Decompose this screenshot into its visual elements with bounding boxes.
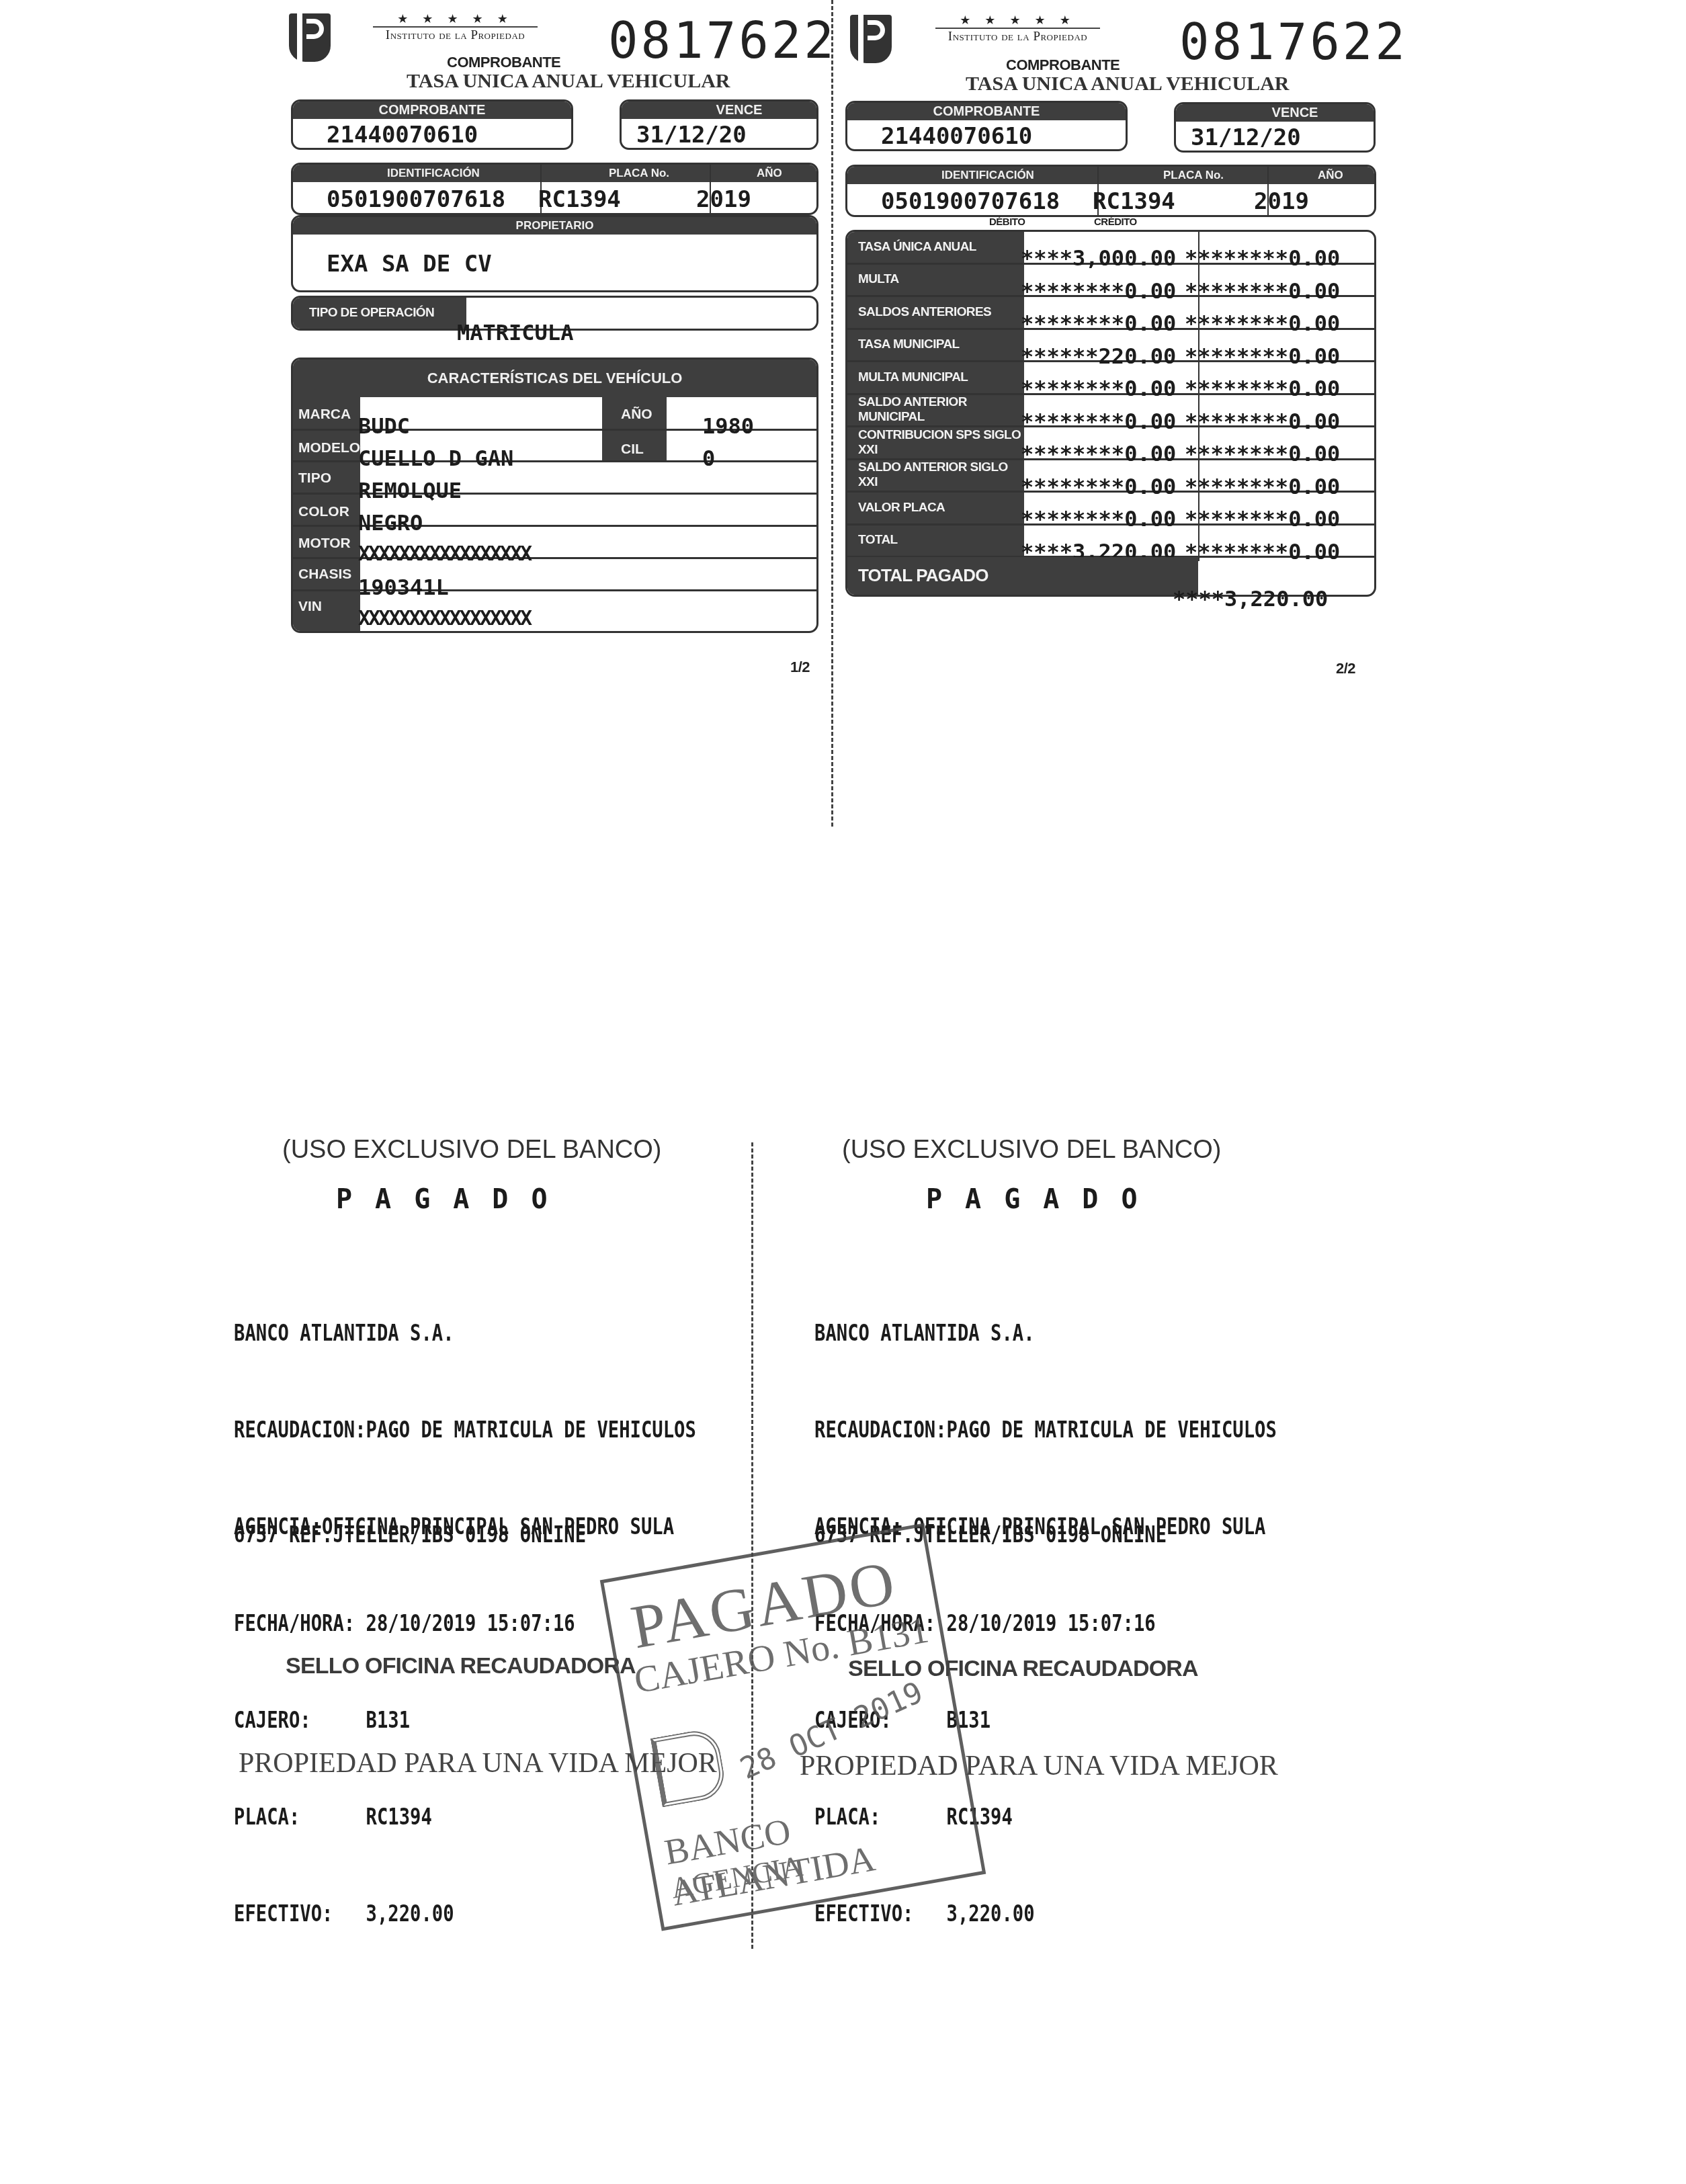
vehicle-label-marca: MARCA (298, 407, 351, 423)
operation-label: TIPO DE OPERACIÓN (293, 298, 466, 329)
comprobante-label: COMPROBANTE (847, 103, 1126, 120)
owner-box: PROPIETARIO EXA SA DE CV (291, 215, 818, 292)
fee-label: TASA MUNICIPAL (847, 330, 1024, 361)
seal-label: SELLO OFICINA RECAUDADORA (286, 1653, 636, 1679)
identification-box: IDENTIFICACIÓN PLACA No. AÑO 05019007076… (291, 163, 818, 215)
ip-logo-icon (850, 15, 892, 63)
bank-line: RECAUDACION:PAGO DE MATRICULA DE VEHICUL… (814, 1414, 1277, 1446)
stars-icon: ★ ★ ★ ★ ★ (373, 12, 538, 26)
fee-label: TOTAL (847, 526, 1024, 556)
cut-line-top (831, 0, 833, 827)
identificacion-value: 0501900707618 (881, 188, 1060, 215)
identification-header: IDENTIFICACIÓN PLACA No. AÑO (847, 167, 1374, 184)
debito-header: DÉBITO (989, 216, 1025, 228)
identification-header: IDENTIFICACIÓN PLACA No. AÑO (293, 165, 816, 182)
fee-credit: ********0.00 (1185, 539, 1340, 564)
vehicle-label-vin: VIN (298, 599, 322, 615)
stamp-date: 28 OCT 2019 (735, 1675, 928, 1786)
fee-row: SALDO ANTERIOR MUNICIPAL********0.00****… (847, 395, 1374, 428)
vehicle-label-chasis: CHASIS (298, 566, 351, 583)
institution-header: ★ ★ ★ ★ ★ Instituto de la Propiedad (935, 13, 1100, 44)
vehicle-label-color: COLOR (298, 504, 349, 520)
fee-label: SALDO ANTERIOR MUNICIPAL (847, 395, 1024, 426)
identificacion-label: IDENTIFICACIÓN (941, 169, 1034, 182)
owner-value: EXA SA DE CV (327, 251, 492, 278)
owner-label: PROPIETARIO (293, 217, 816, 235)
comprobante-value: 21440070610 (881, 123, 1032, 150)
vehicle-value-color: NEGRO (358, 510, 423, 536)
fee-row: SALDO ANTERIOR SIGLO XXI********0.00****… (847, 460, 1374, 493)
vehicle-title: CARACTERÍSTICAS DEL VEHÍCULO (293, 360, 816, 397)
fee-label: MULTA (847, 265, 1024, 296)
anio-value: 2019 (696, 186, 751, 213)
bank-line: PLACA: RC1394 (234, 1801, 696, 1833)
doc-title: TASA UNICA ANUAL VEHICULAR (966, 73, 1290, 95)
comprobante-value: 21440070610 (327, 122, 478, 149)
fee-row: TASA MUNICIPAL******220.00********0.00 (847, 330, 1374, 363)
fee-label: VALOR PLACA (847, 493, 1024, 523)
fee-row: VALOR PLACA********0.00********0.00 (847, 493, 1374, 526)
bank-header: (USO EXCLUSIVO DEL BANCO) (282, 1136, 662, 1165)
page-indicator: 2/2 (1336, 660, 1355, 677)
vence-value: 31/12/20 (636, 122, 747, 149)
vehicle-value-cil: 0 (702, 446, 715, 471)
doc-title: TASA UNICA ANUAL VEHICULAR (407, 70, 730, 93)
bank-status: PAGADO (336, 1184, 571, 1215)
bank-header: (USO EXCLUSIVO DEL BANCO) (842, 1136, 1222, 1165)
comprobante-label: COMPROBANTE (293, 101, 571, 119)
bank-reference: 6737 REF.JTELLER/IBS 0198 ONLINE (234, 1519, 586, 1551)
vehicle-label-anio: AÑO (621, 407, 652, 423)
doc-type: COMPROBANTE (1006, 56, 1120, 74)
vence-value: 31/12/20 (1191, 124, 1301, 151)
bank-line: BANCO ATLANTIDA S.A. (814, 1317, 1277, 1349)
vence-box: VENCE 31/12/20 (620, 99, 818, 150)
fee-row: TASA ÚNICA ANUAL****3,000.00********0.00 (847, 232, 1374, 265)
placa-label: PLACA No. (609, 167, 669, 180)
anio-value: 2019 (1254, 188, 1309, 215)
institution-name: Instituto de la Propiedad (373, 26, 538, 43)
vehicle-value-motor: XXXXXXXXXXXXXXXXX (358, 542, 530, 566)
vehicle-value-vin: XXXXXXXXXXXXXXXXX (358, 607, 530, 630)
placa-value: RC1394 (1093, 188, 1175, 215)
anio-label: AÑO (757, 167, 782, 180)
identificacion-label: IDENTIFICACIÓN (387, 167, 480, 180)
institution-name: Instituto de la Propiedad (935, 28, 1100, 44)
stars-icon: ★ ★ ★ ★ ★ (935, 13, 1100, 28)
page-indicator: 1/2 (790, 659, 810, 676)
placa-label: PLACA No. (1163, 169, 1224, 182)
fee-row: SALDOS ANTERIORES********0.00********0.0… (847, 297, 1374, 330)
total-pagado-label: TOTAL PAGADO (858, 565, 988, 586)
operation-value: MATRICULA (457, 320, 573, 345)
comprobante-box: COMPROBANTE 21440070610 (291, 99, 573, 150)
fee-label: TASA ÚNICA ANUAL (847, 232, 1024, 263)
vehicle-value-chasis: 190341L (358, 575, 449, 600)
vehicle-value-tipo: REMOLQUE (358, 478, 462, 503)
fee-row: CONTRIBUCION SPS SIGLO XXI********0.00**… (847, 427, 1374, 460)
anio-label: AÑO (1318, 169, 1343, 182)
total-pagado-value: ****3,220.00 (1173, 586, 1328, 612)
bank-line: EFECTIVO: 3,220.00 (814, 1898, 1277, 1930)
vence-label: VENCE (622, 101, 816, 119)
folio-number: 0817622 (1179, 13, 1408, 71)
vehicle-label-tipo: TIPO (298, 470, 331, 487)
fee-row: MULTA MUNICIPAL********0.00********0.00 (847, 362, 1374, 395)
fees-table: TASA ÚNICA ANUAL****3,000.00********0.00… (845, 230, 1376, 597)
vence-label: VENCE (1176, 104, 1374, 122)
bank-status: PAGADO (926, 1184, 1161, 1215)
vehicle-value-modelo: CUELLO D GAN (358, 446, 513, 471)
fee-row: TOTAL****3,220.00********0.00 (847, 526, 1374, 558)
vehicle-label-motor: MOTOR (298, 536, 351, 552)
institution-header: ★ ★ ★ ★ ★ Instituto de la Propiedad (373, 12, 538, 43)
bank-line: RECAUDACION:PAGO DE MATRICULA DE VEHICUL… (234, 1414, 696, 1446)
comprobante-box: COMPROBANTE 21440070610 (845, 101, 1128, 151)
fee-label: SALDOS ANTERIORES (847, 297, 1024, 328)
total-pagado-row: TOTAL PAGADO (847, 557, 1198, 595)
credito-header: CRÉDITO (1094, 216, 1137, 228)
fee-label: CONTRIBUCION SPS SIGLO XXI (847, 427, 1024, 458)
paid-stamp: PAGADO CAJERO No. B131 28 OCT 2019 BANCO… (600, 1523, 986, 1931)
fee-label: MULTA MUNICIPAL (847, 362, 1024, 393)
folio-number: 0817622 (608, 12, 837, 70)
ip-logo-icon (289, 13, 331, 62)
fee-label: SALDO ANTERIOR SIGLO XXI (847, 460, 1024, 491)
fee-row: MULTA********0.00********0.00 (847, 265, 1374, 298)
identification-box: IDENTIFICACIÓN PLACA No. AÑO 05019007076… (845, 165, 1376, 217)
vehicle-label-modelo: MODELO (298, 440, 360, 456)
placa-value: RC1394 (538, 186, 621, 213)
doc-type: COMPROBANTE (447, 54, 560, 71)
vence-box: VENCE 31/12/20 (1174, 102, 1376, 153)
bank-line: BANCO ATLANTIDA S.A. (234, 1317, 696, 1349)
bank-line: EFECTIVO: 3,220.00 (234, 1898, 696, 1930)
identificacion-value: 0501900707618 (327, 186, 505, 213)
vehicle-label-cil: CIL (621, 442, 644, 458)
bank-logo-icon (650, 1727, 728, 1808)
vehicle-value-marca: BUDC (358, 413, 410, 439)
vehicle-value-anio: 1980 (702, 413, 754, 439)
